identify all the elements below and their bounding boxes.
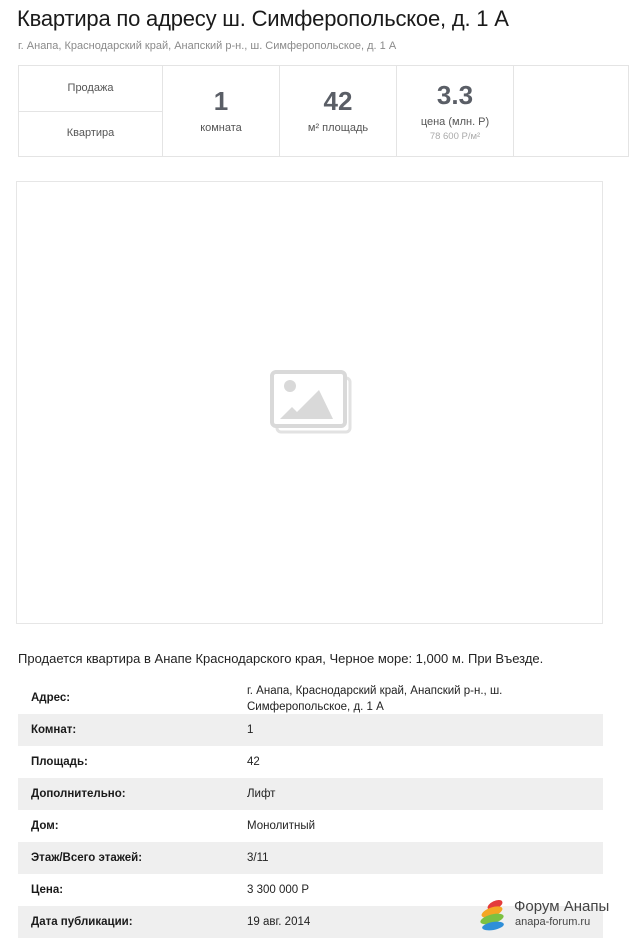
- rooms-value: 1: [163, 86, 279, 116]
- page-title: Квартира по адресу ш. Симферопольское, д…: [17, 6, 509, 32]
- row-key: Комнат:: [31, 714, 76, 746]
- row-value: Лифт: [247, 778, 275, 810]
- price-cell: 3.3 цена (млн. Р) 78 600 Р/м²: [397, 66, 514, 156]
- price-label: цена (млн. Р): [397, 116, 513, 128]
- photo-area[interactable]: [16, 181, 603, 624]
- address-subtitle: г. Анапа, Краснодарский край, Анапский р…: [18, 40, 396, 52]
- watermark-logo: Форум Анапы anapa-forum.ru: [478, 897, 630, 933]
- row-value: г. Анапа, Краснодарский край, Анапский р…: [247, 683, 567, 715]
- row-key: Дополнительно:: [31, 778, 126, 810]
- price-value: 3.3: [397, 80, 513, 110]
- description: Продается квартира в Анапе Краснодарског…: [18, 651, 543, 666]
- type-cell: Продажа Квартира: [19, 66, 163, 156]
- watermark-url: anapa-forum.ru: [515, 916, 590, 928]
- area-value: 42: [280, 86, 396, 116]
- table-row: Этаж/Всего этажей: 3/11: [18, 842, 603, 874]
- row-key: Цена:: [31, 874, 63, 906]
- row-value: 42: [247, 746, 260, 778]
- deal-type: Продажа: [19, 66, 162, 112]
- row-value: 19 авг. 2014: [247, 906, 310, 938]
- table-row: Комнат: 1: [18, 714, 603, 746]
- rooms-cell: 1 комната: [163, 66, 280, 156]
- area-cell: 42 м² площадь: [280, 66, 397, 156]
- watermark-name: Форум Анапы: [514, 898, 609, 915]
- table-row: Адрес: г. Анапа, Краснодарский край, Ана…: [18, 682, 603, 714]
- table-row: Дом: Монолитный: [18, 810, 603, 842]
- table-row: Дополнительно: Лифт: [18, 778, 603, 810]
- row-key: Дата публикации:: [31, 906, 133, 938]
- row-value: 1: [247, 714, 253, 746]
- row-key: Площадь:: [31, 746, 88, 778]
- row-value: 3 300 000 Р: [247, 874, 309, 906]
- empty-cell: [514, 66, 630, 156]
- row-key: Этаж/Всего этажей:: [31, 842, 142, 874]
- rooms-label: комната: [163, 122, 279, 134]
- area-label: м² площадь: [280, 122, 396, 134]
- row-value: 3/11: [247, 842, 269, 874]
- property-type: Квартира: [19, 111, 162, 156]
- forum-logo-icon: [478, 899, 508, 931]
- price-per-m2: 78 600 Р/м²: [397, 131, 513, 142]
- image-placeholder-icon: [270, 369, 354, 435]
- stats-panel: Продажа Квартира 1 комната 42 м² площадь…: [18, 65, 629, 157]
- row-key: Адрес:: [31, 682, 70, 714]
- row-key: Дом:: [31, 810, 59, 842]
- row-value: Монолитный: [247, 810, 315, 842]
- table-row: Площадь: 42: [18, 746, 603, 778]
